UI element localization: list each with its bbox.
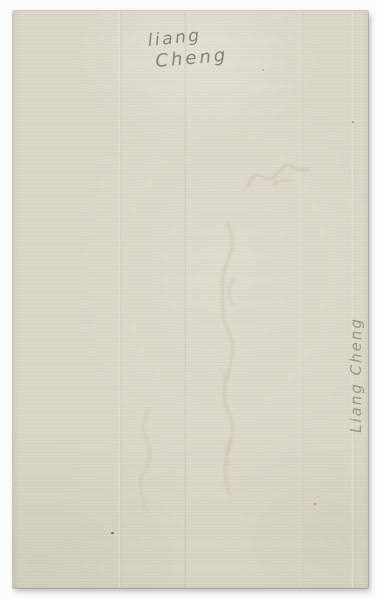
paper-crease [299, 11, 303, 588]
ink-bleedthrough-mark [241, 154, 317, 199]
ink-bleedthrough-column [129, 405, 163, 515]
handwriting-side-text: Liang Cheng [347, 317, 365, 433]
handwriting-annotation-top: liang Cheng [147, 26, 228, 71]
paper-speck [111, 532, 114, 534]
paper-speck [314, 503, 316, 505]
photo-back-scan: liang Cheng Liang Cheng [0, 0, 377, 599]
paper-crease [351, 11, 355, 588]
paper-speck [352, 121, 354, 123]
paper-crease [184, 11, 188, 588]
paper-sheet: liang Cheng Liang Cheng [13, 11, 368, 588]
paper-crease [118, 11, 122, 588]
paper-speck [262, 69, 264, 71]
ink-bleedthrough-column [209, 219, 247, 501]
